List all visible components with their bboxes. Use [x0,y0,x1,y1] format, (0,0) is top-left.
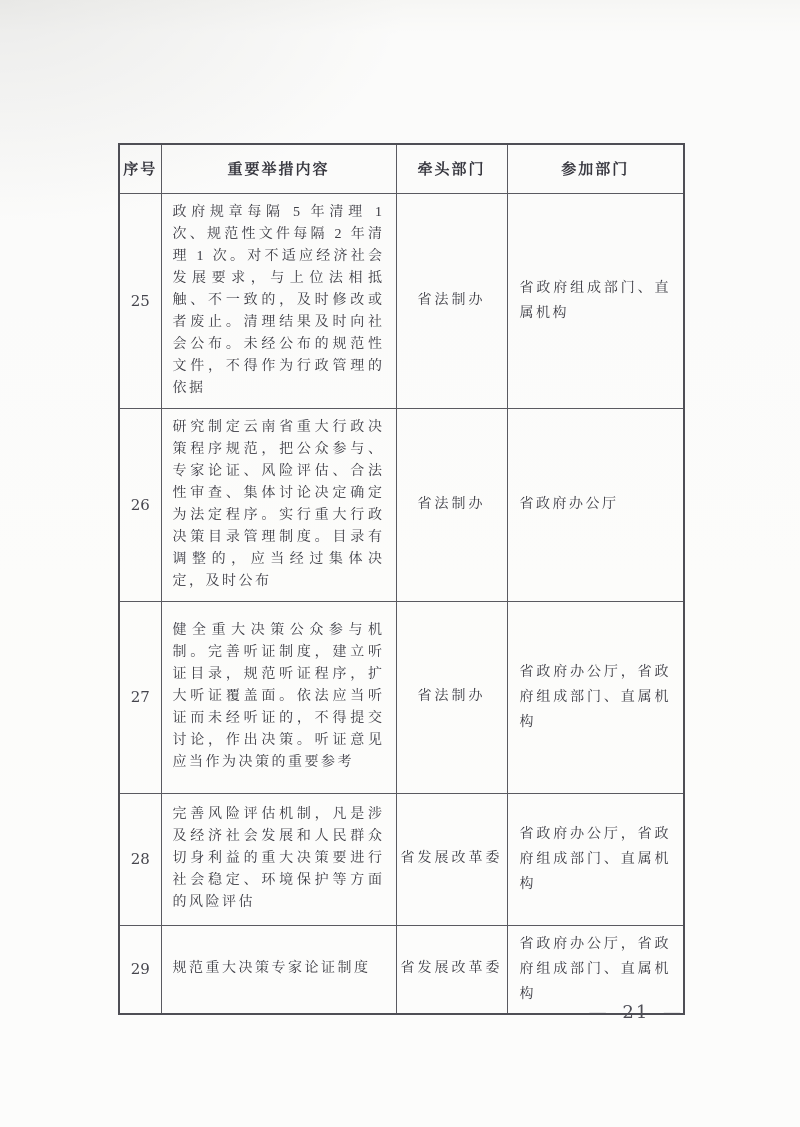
lead-department-cell: 省法制办 [396,408,507,601]
table-row: 27 健全重大决策公众参与机制。完善听证制度，建立听证目录，规范听证程序，扩大听… [119,601,684,793]
row-number-cell: 28 [119,793,161,925]
header-participating-departments: 参加部门 [507,144,684,193]
row-number-cell: 26 [119,408,161,601]
row-number-cell: 29 [119,925,161,1014]
header-serial-number: 序号 [119,144,161,193]
header-measure-content: 重要举措内容 [161,144,396,193]
participating-departments-cell: 省政府办公厅，省政府组成部门、直属机构 [507,925,684,1014]
table-row: 29 规范重大决策专家论证制度 省发展改革委 省政府办公厅，省政府组成部门、直属… [119,925,684,1014]
lead-department-cell: 省法制办 [396,601,507,793]
measure-content-cell: 完善风险评估机制，凡是涉及经济社会发展和人民群众切身利益的重大决策要进行社会稳定… [161,793,396,925]
document-page: 序号 重要举措内容 牵头部门 参加部门 25 政府规章每隔 5 年清理 1 次、… [0,0,800,1127]
measure-content-cell: 研究制定云南省重大行政决策程序规范，把公众参与、专家论证、风险评估、合法性审查、… [161,408,396,601]
measures-table: 序号 重要举措内容 牵头部门 参加部门 25 政府规章每隔 5 年清理 1 次、… [118,143,685,1015]
participating-departments-cell: 省政府办公厅，省政府组成部门、直属机构 [507,793,684,925]
page-number: — 21 — [503,1002,683,1023]
measure-content-cell: 健全重大决策公众参与机制。完善听证制度，建立听证目录，规范听证程序，扩大听证覆盖… [161,601,396,793]
participating-departments-cell: 省政府办公厅，省政府组成部门、直属机构 [507,601,684,793]
measure-content-cell: 规范重大决策专家论证制度 [161,925,396,1014]
table-row: 28 完善风险评估机制，凡是涉及经济社会发展和人民群众切身利益的重大决策要进行社… [119,793,684,925]
lead-department-cell: 省法制办 [396,193,507,408]
header-lead-department: 牵头部门 [396,144,507,193]
lead-department-cell: 省发展改革委 [396,793,507,925]
row-number-cell: 25 [119,193,161,408]
participating-departments-cell: 省政府办公厅 [507,408,684,601]
participating-departments-cell: 省政府组成部门、直属机构 [507,193,684,408]
table-row: 26 研究制定云南省重大行政决策程序规范，把公众参与、专家论证、风险评估、合法性… [119,408,684,601]
table-row: 25 政府规章每隔 5 年清理 1 次、规范性文件每隔 2 年清理 1 次。对不… [119,193,684,408]
measure-content-cell: 政府规章每隔 5 年清理 1 次、规范性文件每隔 2 年清理 1 次。对不适应经… [161,193,396,408]
row-number-cell: 27 [119,601,161,793]
lead-department-cell: 省发展改革委 [396,925,507,1014]
table-header-row: 序号 重要举措内容 牵头部门 参加部门 [119,144,684,193]
